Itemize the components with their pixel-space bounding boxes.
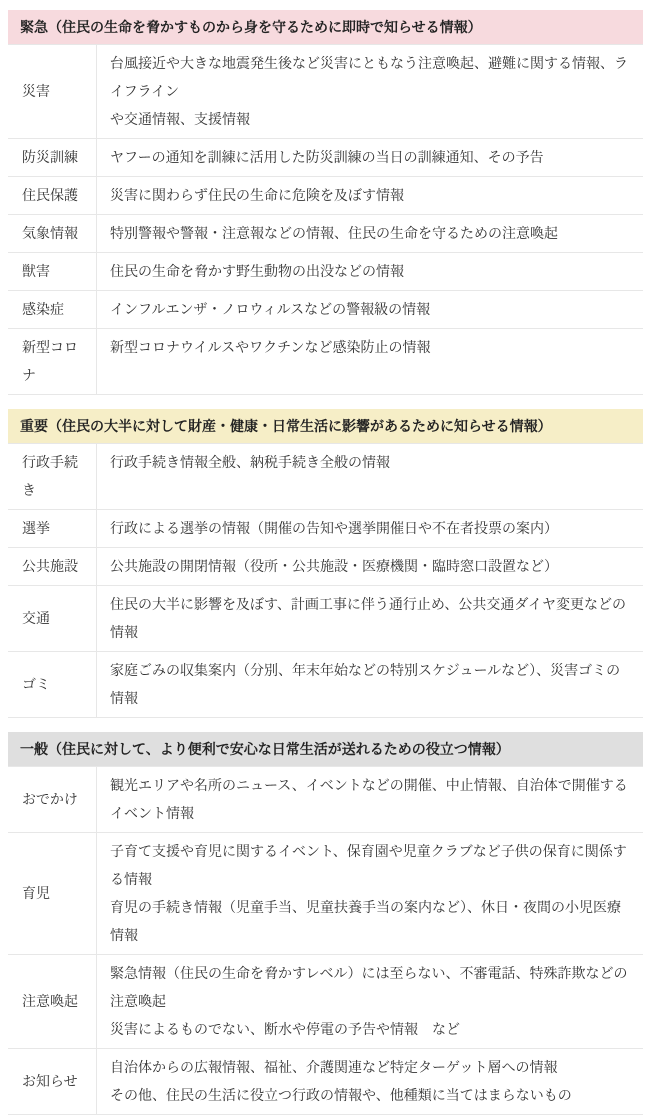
table-row: 選挙 行政による選挙の情報（開催の告知や選挙開催日や不在者投票の案内） xyxy=(8,510,643,548)
description-cell: 住民の大半に影響を及ぼす、計画工事に伴う通行止め、公共交通ダイヤ変更などの情報 xyxy=(97,586,643,651)
section-general: 一般（住民に対して、より便利で安心な日常生活が送れるための役立つ情報） おでかけ… xyxy=(8,732,643,1115)
category-cell: 育児 xyxy=(8,833,97,954)
description-cell: 新型コロナウイルスやワクチンなど感染防止の情報 xyxy=(97,329,643,394)
category-cell: ゴミ xyxy=(8,652,97,717)
section-important: 重要（住民の大半に対して財産・健康・日常生活に影響があるために知らせる情報） 行… xyxy=(8,409,643,718)
section-rows: 災害 台風接近や大きな地震発生後など災害にともなう注意喚起、避難に関する情報、ラ… xyxy=(8,44,643,395)
description-cell: 災害に関わらず住民の生命に危険を及ぼす情報 xyxy=(97,177,643,214)
table-row: 災害 台風接近や大きな地震発生後など災害にともなう注意喚起、避難に関する情報、ラ… xyxy=(8,45,643,139)
category-cell: おでかけ xyxy=(8,767,97,832)
category-cell: 公共施設 xyxy=(8,548,97,585)
table-row: おでかけ 観光エリアや名所のニュース、イベントなどの開催、中止情報、自治体で開催… xyxy=(8,767,643,833)
description-cell: 特別警報や警報・注意報などの情報、住民の生命を守るための注意喚起 xyxy=(97,215,643,252)
description-cell: インフルエンザ・ノロウィルスなどの警報級の情報 xyxy=(97,291,643,328)
description-cell: 公共施設の開閉情報（役所・公共施設・医療機関・臨時窓口設置など） xyxy=(97,548,643,585)
table-row: ゴミ 家庭ごみの収集案内（分別、年末年始などの特別スケジュールなど）、災害ゴミの… xyxy=(8,652,643,718)
description-cell: 行政手続き情報全般、納税手続き全般の情報 xyxy=(97,444,643,509)
table-row: 行政手続き 行政手続き情報全般、納税手続き全般の情報 xyxy=(8,444,643,510)
description-cell: 家庭ごみの収集案内（分別、年末年始などの特別スケジュールなど）、災害ゴミの情報 xyxy=(97,652,643,717)
table-row: 気象情報 特別警報や警報・注意報などの情報、住民の生命を守るための注意喚起 xyxy=(8,215,643,253)
section-header-emergency: 緊急（住民の生命を脅かすものから身を守るために即時で知らせる情報） xyxy=(8,10,643,44)
category-cell: 新型コロナ xyxy=(8,329,97,394)
category-cell: 防災訓練 xyxy=(8,139,97,176)
section-rows: 行政手続き 行政手続き情報全般、納税手続き全般の情報 選挙 行政による選挙の情報… xyxy=(8,443,643,718)
description-cell: ヤフーの通知を訓練に活用した防災訓練の当日の訓練通知、その予告 xyxy=(97,139,643,176)
table-row: 住民保護 災害に関わらず住民の生命に危険を及ぼす情報 xyxy=(8,177,643,215)
section-header-important: 重要（住民の大半に対して財産・健康・日常生活に影響があるために知らせる情報） xyxy=(8,409,643,443)
table-row: 注意喚起 緊急情報（住民の生命を脅かすレベル）には至らない、不審電話、特殊詐欺な… xyxy=(8,955,643,1049)
description-cell: 緊急情報（住民の生命を脅かすレベル）には至らない、不審電話、特殊詐欺などの注意喚… xyxy=(97,955,643,1048)
table-row: 感染症 インフルエンザ・ノロウィルスなどの警報級の情報 xyxy=(8,291,643,329)
description-cell: 住民の生命を脅かす野生動物の出没などの情報 xyxy=(97,253,643,290)
table-row: 公共施設 公共施設の開閉情報（役所・公共施設・医療機関・臨時窓口設置など） xyxy=(8,548,643,586)
section-rows: おでかけ 観光エリアや名所のニュース、イベントなどの開催、中止情報、自治体で開催… xyxy=(8,766,643,1115)
category-cell: お知らせ xyxy=(8,1049,97,1114)
category-cell: 行政手続き xyxy=(8,444,97,509)
table-row: 育児 子育て支援や育児に関するイベント、保育園や児童クラブなど子供の保育に関係す… xyxy=(8,833,643,955)
description-cell: 自治体からの広報情報、福祉、介護関連など特定ターゲット層への情報 その他、住民の… xyxy=(97,1049,643,1114)
category-cell: 災害 xyxy=(8,45,97,138)
description-cell: 台風接近や大きな地震発生後など災害にともなう注意喚起、避難に関する情報、ライフラ… xyxy=(97,45,643,138)
table-row: 獣害 住民の生命を脅かす野生動物の出没などの情報 xyxy=(8,253,643,291)
description-cell: 子育て支援や育児に関するイベント、保育園や児童クラブなど子供の保育に関係する情報… xyxy=(97,833,643,954)
section-emergency: 緊急（住民の生命を脅かすものから身を守るために即時で知らせる情報） 災害 台風接… xyxy=(8,10,643,395)
table-row: お知らせ 自治体からの広報情報、福祉、介護関連など特定ターゲット層への情報 その… xyxy=(8,1049,643,1115)
table-row: 防災訓練 ヤフーの通知を訓練に活用した防災訓練の当日の訓練通知、その予告 xyxy=(8,139,643,177)
table-row: 交通 住民の大半に影響を及ぼす、計画工事に伴う通行止め、公共交通ダイヤ変更などの… xyxy=(8,586,643,652)
category-cell: 選挙 xyxy=(8,510,97,547)
description-cell: 観光エリアや名所のニュース、イベントなどの開催、中止情報、自治体で開催するイベン… xyxy=(97,767,643,832)
category-cell: 交通 xyxy=(8,586,97,651)
category-cell: 気象情報 xyxy=(8,215,97,252)
table-row: 新型コロナ 新型コロナウイルスやワクチンなど感染防止の情報 xyxy=(8,329,643,395)
category-cell: 住民保護 xyxy=(8,177,97,214)
section-header-general: 一般（住民に対して、より便利で安心な日常生活が送れるための役立つ情報） xyxy=(8,732,643,766)
category-cell: 感染症 xyxy=(8,291,97,328)
description-cell: 行政による選挙の情報（開催の告知や選挙開催日や不在者投票の案内） xyxy=(97,510,643,547)
category-cell: 獣害 xyxy=(8,253,97,290)
notification-category-table: 緊急（住民の生命を脅かすものから身を守るために即時で知らせる情報） 災害 台風接… xyxy=(0,0,650,1115)
category-cell: 注意喚起 xyxy=(8,955,97,1048)
